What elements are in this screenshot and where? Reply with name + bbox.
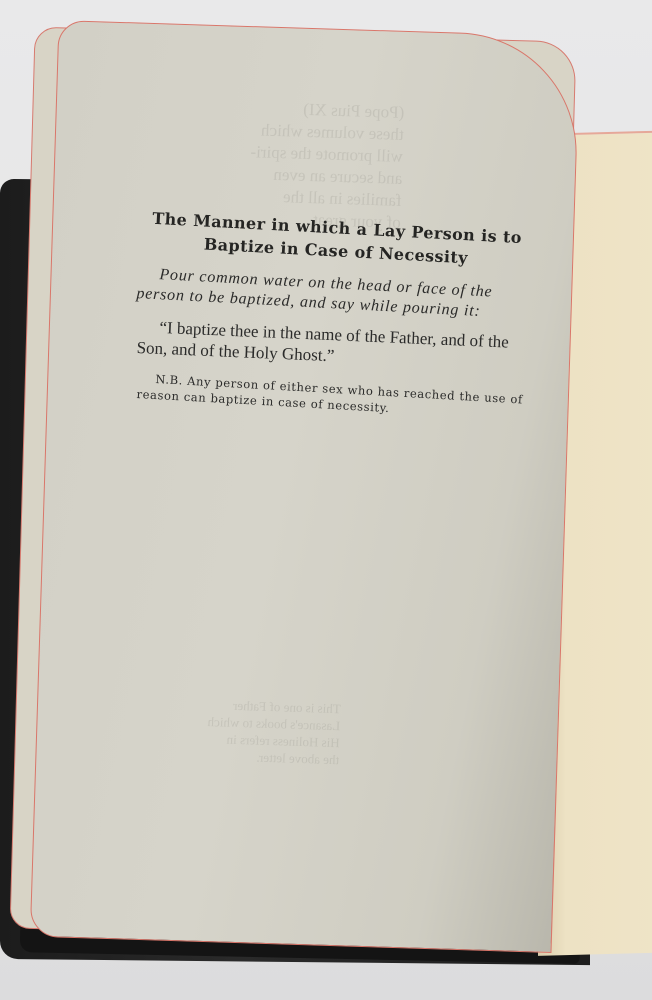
page-content: The Manner in which a Lay Person is to B… [138,206,538,402]
show-through-text-bottom: This is one of Father Lasance's books to… [206,696,341,768]
baptism-formula: “I baptize thee in the name of the Fathe… [136,316,537,375]
instruction-paragraph: Pour common water on the head or face of… [136,264,538,325]
page-title: The Manner in which a Lay Person is to B… [136,206,538,273]
book-page: (Pope Pius XI) these volumes which will … [30,20,581,953]
